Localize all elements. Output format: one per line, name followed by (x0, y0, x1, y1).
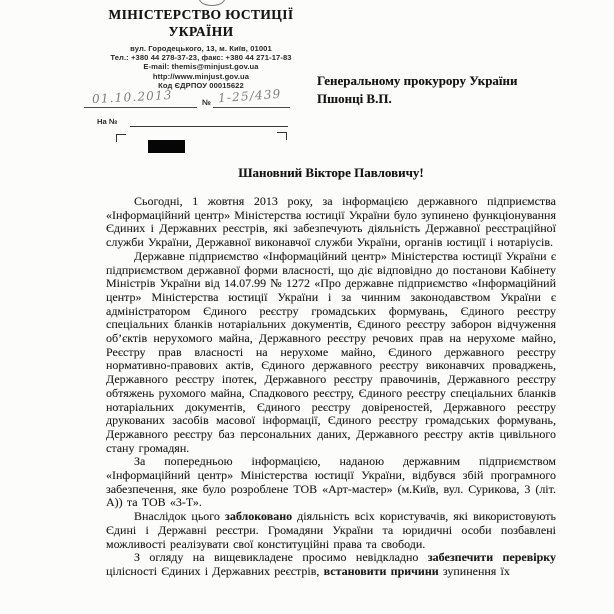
body-paragraph: Державне підприємство «Інформаційний цен… (106, 250, 556, 456)
paragraph-text: Внаслідок цього (134, 509, 225, 523)
ministry-title-line2: УКРАЇНИ (55, 24, 347, 41)
letterhead-edrpou: Код ЄДРПОУ 00015622 (55, 81, 347, 90)
body-paragraph: За попередньою інформацією, наданою держ… (106, 455, 556, 510)
ministry-title-line1: МІНІСТЕРСТВО ЮСТИЦІЇ (55, 7, 347, 24)
paragraph-text: За попередньою інформацією, наданою держ… (106, 454, 556, 509)
body-paragraph: Сьогодні, 1 жовтня 2013 року, за інформа… (106, 195, 556, 250)
redaction-box (148, 140, 185, 153)
scanned-letter-page: МІНІСТЕРСТВО ЮСТИЦІЇ УКРАЇНИ вул. Городе… (0, 0, 614, 614)
paragraph-text: цілісності Єдиних і Державних реєстрів, (106, 564, 324, 578)
date-underline (84, 107, 197, 108)
letterhead-phone-fax: Тел.: +380 44 278-37-23, факс: +380 44 2… (55, 53, 347, 62)
letterhead-email: E-mail: themis@minjust.gov.ua (55, 62, 347, 71)
emphasized-text: встановити причини (324, 564, 439, 578)
address-corner-bracket-right (277, 132, 287, 140)
letterhead: МІНІСТЕРСТВО ЮСТИЦІЇ УКРАЇНИ вул. Городе… (55, 7, 347, 90)
body-paragraph: З огляду на вищевикладене просимо невідк… (106, 551, 556, 578)
letterhead-website: http://www.minjust.gov.ua (55, 72, 347, 81)
letterhead-contact-block: вул. Городецького, 13, м. Київ, 01001 Те… (55, 44, 347, 90)
paragraph-text: зупинення їх (439, 564, 510, 578)
letterhead-address: вул. Городецького, 13, м. Київ, 01001 (55, 44, 347, 53)
body-paragraphs: Сьогодні, 1 жовтня 2013 року, за інформа… (106, 195, 556, 579)
address-corner-bracket-left (116, 134, 126, 142)
paragraph-text: З огляду на вищевикладене просимо невідк… (134, 550, 428, 564)
handwritten-date: 01.10.2013 (92, 88, 173, 106)
ministry-title: МІНІСТЕРСТВО ЮСТИЦІЇ УКРАЇНИ (55, 7, 347, 40)
emphasized-text: заблоковано (225, 509, 292, 523)
incoming-number-underline (130, 126, 288, 127)
recipient-line2: Пшонці В.П. (317, 90, 577, 108)
number-underline (213, 107, 290, 108)
salutation: Шановний Вікторе Павловичу! (106, 165, 556, 181)
incoming-number-label: На № (97, 117, 117, 126)
recipient-block: Генеральному прокурору України Пшонці В.… (317, 72, 577, 108)
handwritten-outgoing-number: 1-25/439 (218, 87, 282, 105)
paragraph-text: Державне підприємство «Інформаційний цен… (106, 249, 556, 455)
body-paragraph: Внаслідок цього заблоковано діяльність в… (106, 510, 556, 551)
paragraph-text: Сьогодні, 1 жовтня 2013 року, за інформа… (106, 194, 556, 249)
number-sign-label: № (202, 98, 211, 107)
recipient-line1: Генеральному прокурору України (317, 72, 577, 90)
emphasized-text: забезпечити перевірку (428, 550, 556, 564)
trident-emblem-partial-icon (199, 0, 225, 6)
